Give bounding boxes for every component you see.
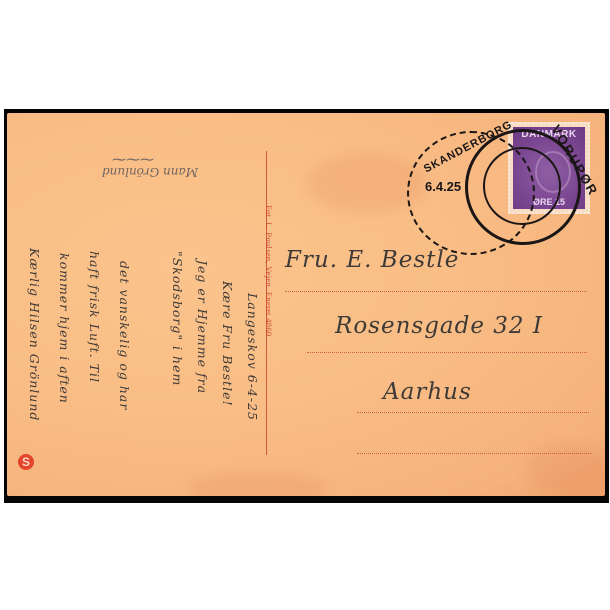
message-signature-upside-down: Mann Grönlund <box>102 165 198 179</box>
message-line: "Skodsborg" i hem <box>170 251 185 386</box>
publisher-imprint: Fot. L. Poulsen, Vejen. Eneret 4860 <box>262 205 274 435</box>
postcard: Mann Grönlund ⁓⁓⁓ Langeskov 6-4-25 Kære … <box>7 113 605 496</box>
stain <box>527 443 605 493</box>
address-rule <box>357 412 589 413</box>
message-line: kommer hjem i aften <box>57 253 72 404</box>
message-line: det vanskelig og har <box>117 261 132 410</box>
postmark-date: 6.4.25 <box>425 179 461 194</box>
message-line: Jeg er Hjemme fra <box>195 260 210 394</box>
message-line: haft frisk Luft. Til <box>87 251 102 383</box>
postmark-inner-ring <box>483 147 561 225</box>
address-rule <box>307 352 587 353</box>
address-rule <box>285 291 587 292</box>
message-flourish: ⁓⁓⁓ <box>112 151 154 167</box>
publisher-logo-icon: S <box>18 454 34 470</box>
message-line: Kære Fru Bestle! <box>220 281 235 407</box>
stain <box>187 473 327 496</box>
address-line-1: Fru. E. Bestle <box>285 247 459 273</box>
address-line-2: Rosensgade 32 I <box>335 313 543 339</box>
address-rule <box>357 453 591 454</box>
address-line-3: Aarhus <box>383 379 472 405</box>
message-line: Kærlig Hilsen Grönlund <box>27 248 42 421</box>
message-line: Langeskov 6-4-25 <box>245 293 260 421</box>
